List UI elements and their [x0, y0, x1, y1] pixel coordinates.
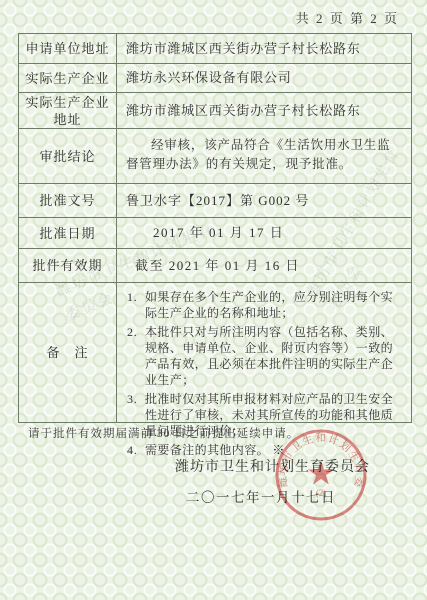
row-label-applicant-address: 申请单位地址	[19, 34, 117, 63]
page-number: 共 2 页 第 2 页	[296, 8, 399, 27]
remark-item-1: 1. 如果存在多个生产企业的，应分别注明每个实际生产企业的名称和地址；	[127, 289, 405, 321]
table-row: 批准日期 2017 年 01 月 17 日	[19, 217, 411, 248]
table-row: 实际生产企业 潍坊永兴环保设备有限公司	[19, 63, 411, 92]
table-row: 实际生产企业地址 潍坊市潍城区西关街办营子村长松路东	[19, 92, 411, 128]
row-value-approval-date: 2017 年 01 月 17 日	[117, 218, 411, 248]
row-label-approval-number: 批准文号	[19, 184, 117, 217]
row-value-manufacturer-address: 潍坊市潍城区西关街办营子村长松路东	[117, 93, 411, 128]
row-label-manufacturer-address: 实际生产企业地址	[19, 93, 117, 128]
row-label-conclusion: 审批结论	[19, 129, 117, 183]
issue-date: 二〇一七年一月十七日	[186, 486, 336, 506]
remarks-list: 1. 如果存在多个生产企业的，应分别注明每个实际生产企业的名称和地址； 2. 本…	[117, 283, 411, 422]
row-value-applicant-address: 潍坊市潍城区西关街办营子村长松路东	[117, 34, 411, 63]
table-row: 批件有效期 截至 2021 年 01 月 16 日	[19, 248, 411, 282]
row-label-validity: 批件有效期	[19, 249, 117, 282]
table-row: 申请单位地址 潍坊市潍城区西关街办营子村长松路东	[19, 34, 411, 63]
remark-number: 1.	[127, 289, 145, 321]
remark-number: 4.	[127, 442, 145, 458]
remark-text: 本批件只对与所注明内容（包括名称、类别、规格、申请单位、企业、附页内容等）一致的…	[145, 324, 405, 388]
table-row: 审批结论 经审核，该产品符合《生活饮用水卫生监督管理办法》的有关规定，现予批准。	[19, 128, 411, 183]
table-row: 批准文号 鲁卫水字【2017】第 G002 号	[19, 183, 411, 217]
row-value-validity: 截至 2021 年 01 月 16 日	[117, 249, 411, 282]
row-label-manufacturer: 实际生产企业	[19, 64, 117, 92]
conclusion-text: 经审核，该产品符合《生活饮用水卫生监督管理办法》的有关规定，现予批准。	[126, 136, 403, 174]
approval-table: 申请单位地址 潍坊市潍城区西关街办营子村长松路东 实际生产企业 潍坊永兴环保设备…	[18, 33, 412, 423]
table-row: 备 注 1. 如果存在多个生产企业的，应分别注明每个实际生产企业的名称和地址； …	[19, 282, 411, 422]
row-value-approval-number: 鲁卫水字【2017】第 G002 号	[117, 184, 411, 217]
row-label-remarks: 备 注	[19, 283, 117, 422]
renewal-footnote: 请于批件有效期届满前 30 日之前提出延续申请。	[28, 425, 299, 441]
row-value-manufacturer: 潍坊永兴环保设备有限公司	[117, 64, 411, 92]
row-label-approval-date: 批准日期	[19, 218, 117, 248]
remark-text: 如果存在多个生产企业的，应分别注明每个实际生产企业的名称和地址；	[145, 289, 405, 321]
remark-item-2: 2. 本批件只对与所注明内容（包括名称、类别、规格、申请单位、企业、附页内容等）…	[127, 324, 405, 388]
issuing-authority: 潍坊市卫生和计划生育委员会	[175, 456, 370, 476]
row-value-conclusion: 经审核，该产品符合《生活饮用水卫生监督管理办法》的有关规定，现予批准。	[117, 129, 411, 183]
remark-number: 2.	[127, 324, 145, 388]
